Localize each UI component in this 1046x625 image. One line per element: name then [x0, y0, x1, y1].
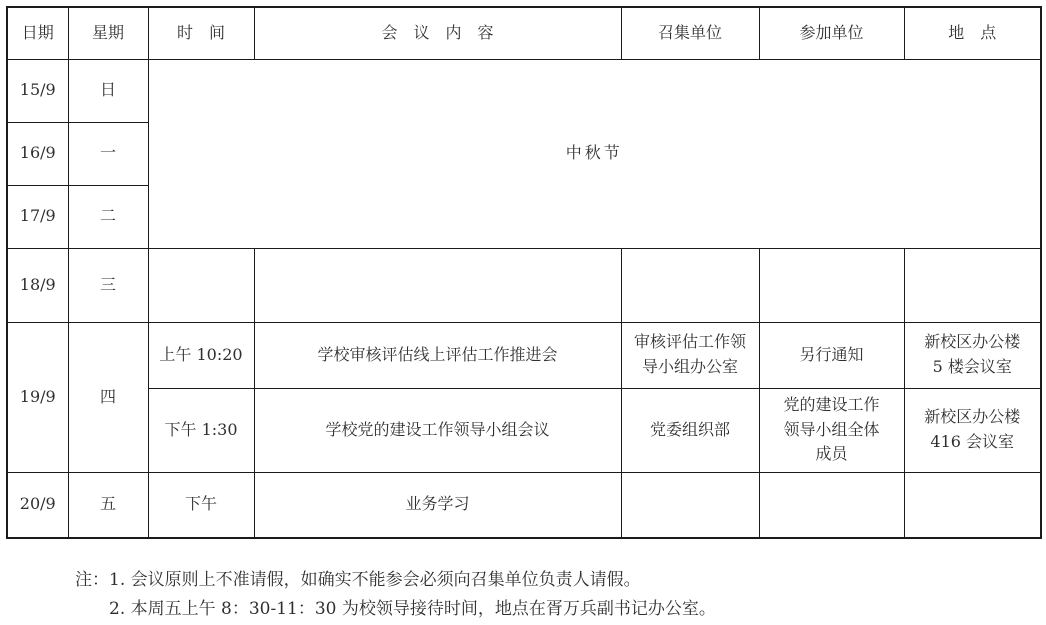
date-cell: 20/9 [7, 472, 68, 538]
content-cell: 业务学习 [254, 472, 621, 538]
weekday-cell: 四 [68, 322, 148, 472]
col-header-time: 时 间 [148, 7, 254, 59]
participants-cell: 另行通知 [759, 322, 904, 388]
meeting-schedule-page: 日期 星期 时 间 会 议 内 容 召集单位 参加单位 地 点 15/9 日 中… [0, 0, 1046, 625]
convener-cell [621, 248, 759, 322]
time-cell: 下午 1:30 [148, 388, 254, 472]
weekday-cell: 日 [68, 59, 148, 122]
weekday-cell: 一 [68, 122, 148, 185]
col-header-weekday: 星期 [68, 7, 148, 59]
note-line-2: 2. 本周五上午 8：30-11：30 为校领导接待时间，地点在胥万兵副书记办公… [109, 595, 716, 624]
weekday-cell: 二 [68, 185, 148, 248]
table-row-fri: 20/9 五 下午 业务学习 [7, 472, 1041, 538]
weekday-cell: 五 [68, 472, 148, 538]
location-cell [904, 248, 1041, 322]
content-cell: 学校审核评估线上评估工作推进会 [254, 322, 621, 388]
col-header-participants: 参加单位 [759, 7, 904, 59]
weekday-cell: 三 [68, 248, 148, 322]
date-cell: 19/9 [7, 322, 68, 472]
notes: 注： 1. 会议原则上不准请假，如确实不能参会必须向召集单位负责人请假。 2. … [75, 566, 716, 624]
participants-cell [759, 248, 904, 322]
participants-cell: 党的建设工作 领导小组全体 成员 [759, 388, 904, 472]
content-cell [254, 248, 621, 322]
table-row-sun: 15/9 日 中秋节 [7, 59, 1041, 122]
time-cell: 下午 [148, 472, 254, 538]
location-cell: 新校区办公楼 5 楼会议室 [904, 322, 1041, 388]
meeting-schedule-table: 日期 星期 时 间 会 议 内 容 召集单位 参加单位 地 点 15/9 日 中… [6, 6, 1042, 539]
content-cell: 学校党的建设工作领导小组会议 [254, 388, 621, 472]
date-cell: 17/9 [7, 185, 68, 248]
time-cell [148, 248, 254, 322]
header-row: 日期 星期 时 间 会 议 内 容 召集单位 参加单位 地 点 [7, 7, 1041, 59]
convener-cell [621, 472, 759, 538]
table-row-thu-pm: 下午 1:30 学校党的建设工作领导小组会议 党委组织部 党的建设工作 领导小组… [7, 388, 1041, 472]
col-header-content: 会 议 内 容 [254, 7, 621, 59]
holiday-cell: 中秋节 [148, 59, 1041, 248]
note-line-1: 1. 会议原则上不准请假，如确实不能参会必须向召集单位负责人请假。 [109, 566, 716, 595]
table-row-thu-am: 19/9 四 上午 10:20 学校审核评估线上评估工作推进会 审核评估工作领 … [7, 322, 1041, 388]
col-header-convener: 召集单位 [621, 7, 759, 59]
location-cell: 新校区办公楼 416 会议室 [904, 388, 1041, 472]
table-row-wed: 18/9 三 [7, 248, 1041, 322]
convener-cell: 党委组织部 [621, 388, 759, 472]
time-cell: 上午 10:20 [148, 322, 254, 388]
participants-cell [759, 472, 904, 538]
col-header-date: 日期 [7, 7, 68, 59]
date-cell: 15/9 [7, 59, 68, 122]
col-header-location: 地 点 [904, 7, 1041, 59]
notes-items: 1. 会议原则上不准请假，如确实不能参会必须向召集单位负责人请假。 2. 本周五… [109, 566, 716, 624]
date-cell: 16/9 [7, 122, 68, 185]
convener-cell: 审核评估工作领 导小组办公室 [621, 322, 759, 388]
notes-label: 注： [75, 566, 109, 624]
location-cell [904, 472, 1041, 538]
date-cell: 18/9 [7, 248, 68, 322]
